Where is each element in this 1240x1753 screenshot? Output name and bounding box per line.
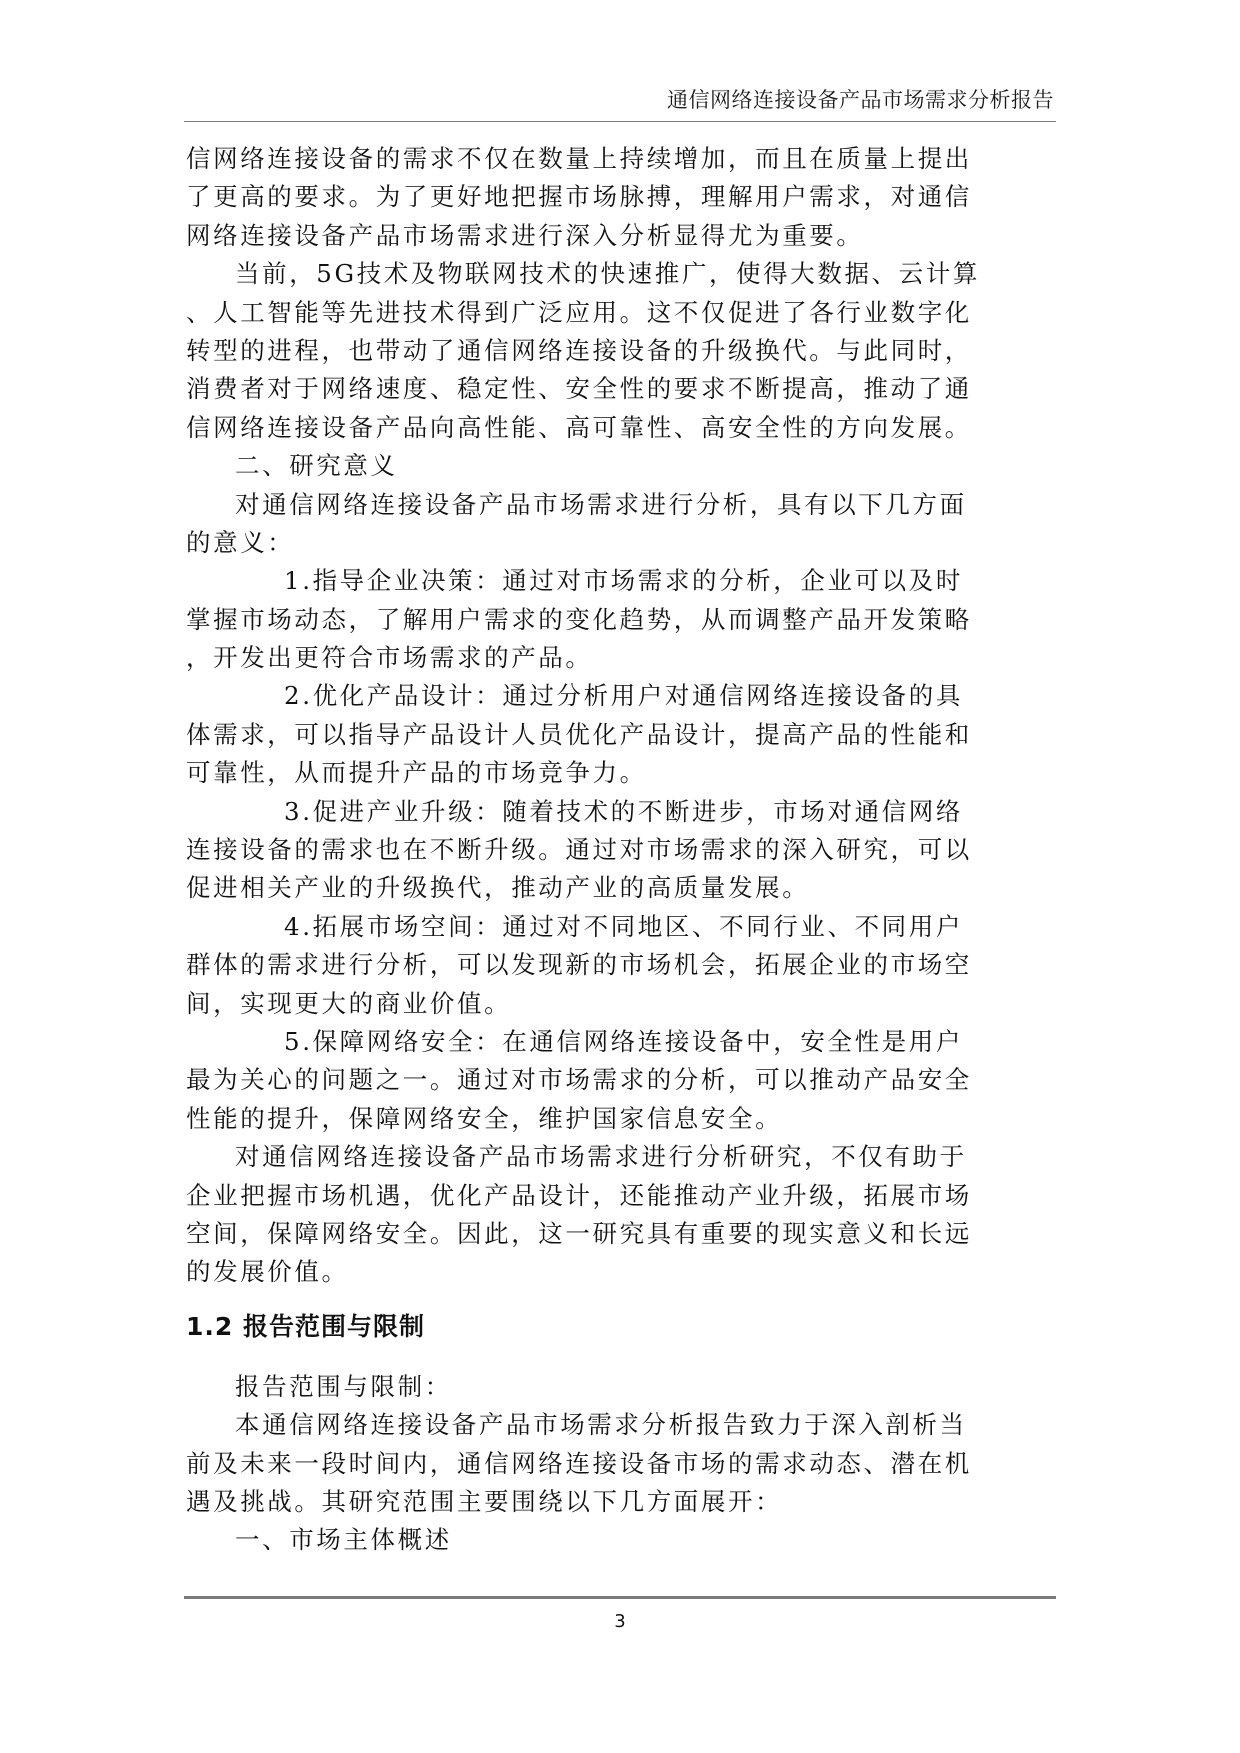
text-line: 群体的需求进行分析，可以发现新的市场机会，拓展企业的市场空: [186, 946, 1054, 984]
paragraph-current-situation: 当前，5G技术及物联网技术的快速推广，使得大数据、云计算 、人工智能等先进技术得…: [186, 255, 1054, 447]
text-line: 空间，保障网络安全。因此，这一研究具有重要的现实意义和长远: [186, 1215, 1054, 1253]
paragraph-scope: 本通信网络连接设备产品市场需求分析报告致力于深入剖析当 前及未来一段时间内，通信…: [186, 1406, 1054, 1521]
text-line: 5.保障网络安全：在通信网络连接设备中，安全性是用户: [186, 1023, 1054, 1061]
text-line: 性能的提升，保障网络安全，维护国家信息安全。: [186, 1100, 1054, 1138]
text-line: 转型的进程，也带动了通信网络连接设备的升级换代。与此同时，: [186, 332, 1054, 370]
text-line: 对通信网络连接设备产品市场需求进行分析研究，不仅有助于: [186, 1138, 1054, 1176]
page-header: 通信网络连接设备产品市场需求分析报告: [184, 78, 1056, 122]
page-number: 3: [184, 1611, 1056, 1632]
text-line: 当前，5G技术及物联网技术的快速推广，使得大数据、云计算: [186, 255, 1054, 293]
text-line: 连接设备的需求也在不断升级。通过对市场需求的深入研究，可以: [186, 831, 1054, 869]
page-body: 信网络连接设备的需求不仅在数量上持续增加，而且在质量上提出 了更高的要求。为了更…: [186, 140, 1054, 1560]
paragraph-intro-continued: 信网络连接设备的需求不仅在数量上持续增加，而且在质量上提出 了更高的要求。为了更…: [186, 140, 1054, 255]
text-line: ，开发出更符合市场需求的产品。: [186, 639, 1054, 677]
page-footer: 3: [184, 1596, 1056, 1599]
subheading-market-overview: 一、市场主体概述: [186, 1521, 1054, 1559]
text-line: 信网络连接设备的需求不仅在数量上持续增加，而且在质量上提出: [186, 140, 1054, 178]
text-line: 网络连接设备产品市场需求进行深入分析显得尤为重要。: [186, 217, 1054, 255]
subheading-research-significance: 二、研究意义: [186, 447, 1054, 485]
list-item-3: 3.促进产业升级：随着技术的不断进步，市场对通信网络 连接设备的需求也在不断升级…: [186, 793, 1054, 908]
paragraph-significance-intro: 对通信网络连接设备产品市场需求进行分析，具有以下几方面 的意义：: [186, 486, 1054, 563]
paragraph-scope-label: 报告范围与限制：: [186, 1368, 1054, 1406]
text-line: 企业把握市场机遇，优化产品设计，还能推动产业升级，拓展市场: [186, 1177, 1054, 1215]
list-item-1: 1.指导企业决策：通过对市场需求的分析，企业可以及时 掌握市场动态，了解用户需求…: [186, 562, 1054, 677]
list-item-5: 5.保障网络安全：在通信网络连接设备中，安全性是用户 最为关心的问题之一。通过对…: [186, 1023, 1054, 1138]
list-item-2: 2.优化产品设计：通过分析用户对通信网络连接设备的具 体需求，可以指导产品设计人…: [186, 677, 1054, 792]
text-line: 的发展价值。: [186, 1253, 1054, 1291]
paragraph-conclusion: 对通信网络连接设备产品市场需求进行分析研究，不仅有助于 企业把握市场机遇，优化产…: [186, 1138, 1054, 1292]
text-line: 体需求，可以指导产品设计人员优化产品设计，提高产品的性能和: [186, 716, 1054, 754]
text-line: 1.指导企业决策：通过对市场需求的分析，企业可以及时: [186, 562, 1054, 600]
text-line: 遇及挑战。其研究范围主要围绕以下几方面展开：: [186, 1483, 1054, 1521]
text-line: 可靠性，从而提升产品的市场竞争力。: [186, 754, 1054, 792]
section-heading: 1.2 报告范围与限制: [186, 1312, 1054, 1342]
text-line: 2.优化产品设计：通过分析用户对通信网络连接设备的具: [186, 677, 1054, 715]
text-line: 间，实现更大的商业价值。: [186, 985, 1054, 1023]
list-item-4: 4.拓展市场空间：通过对不同地区、不同行业、不同用户 群体的需求进行分析，可以发…: [186, 908, 1054, 1023]
text-line: 3.促进产业升级：随着技术的不断进步，市场对通信网络: [186, 793, 1054, 831]
text-line: 前及未来一段时间内，通信网络连接设备市场的需求动态、潜在机: [186, 1445, 1054, 1483]
text-line: 掌握市场动态，了解用户需求的变化趋势，从而调整产品开发策略: [186, 601, 1054, 639]
text-line: 的意义：: [186, 524, 1054, 562]
text-line: 信网络连接设备产品向高性能、高可靠性、高安全性的方向发展。: [186, 409, 1054, 447]
text-line: 、人工智能等先进技术得到广泛应用。这不仅促进了各行业数字化: [186, 294, 1054, 332]
text-line: 了更高的要求。为了更好地把握市场脉搏，理解用户需求，对通信: [186, 178, 1054, 216]
text-line: 促进相关产业的升级换代，推动产业的高质量发展。: [186, 869, 1054, 907]
text-line: 本通信网络连接设备产品市场需求分析报告致力于深入剖析当: [186, 1406, 1054, 1444]
text-line: 最为关心的问题之一。通过对市场需求的分析，可以推动产品安全: [186, 1061, 1054, 1099]
running-header-title: 通信网络连接设备产品市场需求分析报告: [667, 84, 1054, 114]
text-line: 4.拓展市场空间：通过对不同地区、不同行业、不同用户: [186, 908, 1054, 946]
text-line: 对通信网络连接设备产品市场需求进行分析，具有以下几方面: [186, 486, 1054, 524]
text-line: 消费者对于网络速度、稳定性、安全性的要求不断提高，推动了通: [186, 370, 1054, 408]
